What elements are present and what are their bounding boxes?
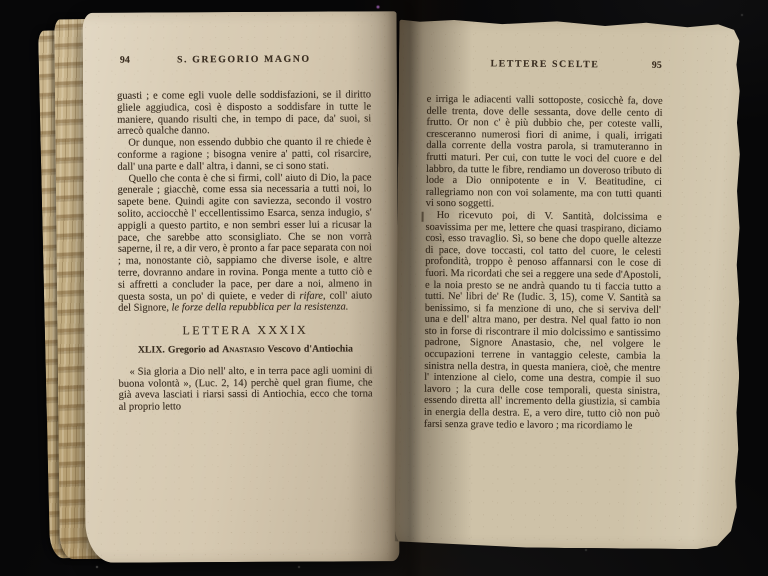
left-page-number: 94 [120, 55, 130, 66]
text-run: Or dunque, non essendo dubbio che quanto… [117, 137, 371, 173]
right-page-text: e irriga le adiacenti valli sottoposte, … [424, 94, 663, 432]
paragraph: e irriga le adiacenti valli sottoposte, … [426, 94, 663, 212]
text-run: Vescovo d'Antiochia [265, 343, 353, 354]
text-run: Quello che conta è che si firmi, coll' a… [117, 172, 372, 302]
letter-heading: LETTERA XXXIX [118, 324, 372, 337]
margin-pencil-mark [422, 212, 424, 222]
right-page: LETTERE SCELTE 95 e irriga le adiacenti … [395, 20, 743, 550]
text-run: XLIX. Gregorio ad [138, 344, 222, 355]
letter-caption: XLIX. Gregorio ad Anastasio Vescovo d'An… [118, 343, 372, 356]
paragraph: Or dunque, non essendo dubbio che quanto… [117, 137, 371, 174]
text-run: e irriga le adiacenti valli sottoposte, … [426, 94, 663, 210]
paragraph: Quello che conta è che si firmi, coll' a… [117, 172, 372, 315]
italic-run: rifare [299, 290, 323, 301]
smallcaps-run: Anastasio [222, 344, 264, 355]
left-page-text: guasti ; e come egli vuole delle soddisf… [117, 89, 373, 413]
right-page-number: 95 [652, 60, 662, 71]
text-run: guasti ; e come egli vuole delle soddisf… [117, 89, 371, 137]
right-page-header: LETTERE SCELTE 95 [427, 58, 663, 73]
paragraph: Ho ricevuto poi, di V. Santità, dolcissi… [424, 210, 662, 432]
left-running-title: S. GREGORIO MAGNO [117, 53, 371, 65]
dust-specks [0, 0, 2, 2]
right-running-title: LETTERE SCELTE [427, 58, 663, 71]
book-photo: 94 S. GREGORIO MAGNO guasti ; e come egl… [0, 0, 768, 576]
italic-run: le forze della repubblica per la resiste… [171, 302, 348, 314]
left-page-header: 94 S. GREGORIO MAGNO [117, 53, 371, 67]
left-page: 94 S. GREGORIO MAGNO guasti ; e come egl… [83, 11, 400, 563]
text-run: Ho ricevuto poi, di V. Santità, dolcissi… [424, 210, 662, 431]
paragraph: guasti ; e come egli vuole delle soddisf… [117, 89, 371, 138]
text-run: « Sia gloria a Dio nell' alto, e in terr… [118, 365, 372, 413]
paragraph: « Sia gloria a Dio nell' alto, e in terr… [118, 365, 372, 414]
